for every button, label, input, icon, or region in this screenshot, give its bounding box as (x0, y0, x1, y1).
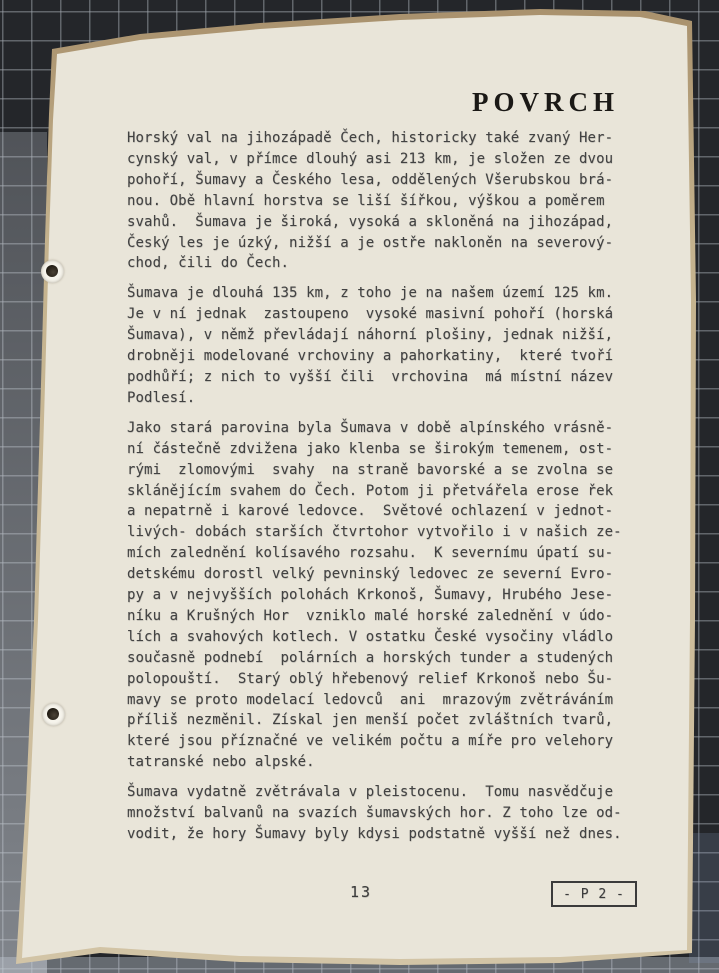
punch-hole-center (46, 265, 58, 277)
page-stamp: - P 2 - (551, 881, 637, 907)
scanned-document-photo: POVRCH Horský val na jihozápadě Čech, hi… (0, 0, 719, 973)
document-body: Horský val na jihozápadě Čech, historick… (127, 128, 627, 854)
punch-hole-icon (42, 703, 65, 726)
page-title: POVRCH (127, 86, 619, 118)
paragraph: Jako stará parovina byla Šumava v době a… (127, 418, 627, 773)
paragraph: Šumava vydatně zvětrávala v pleistocenu.… (127, 782, 627, 845)
paragraph: Šumava je dlouhá 135 km, z toho je na na… (127, 283, 627, 408)
mat-highlight-right (689, 833, 719, 963)
punch-hole-icon (41, 260, 64, 283)
page-number: 13 (350, 883, 372, 901)
punch-hole-center (47, 708, 59, 720)
paragraph: Horský val na jihozápadě Čech, historick… (127, 128, 627, 274)
